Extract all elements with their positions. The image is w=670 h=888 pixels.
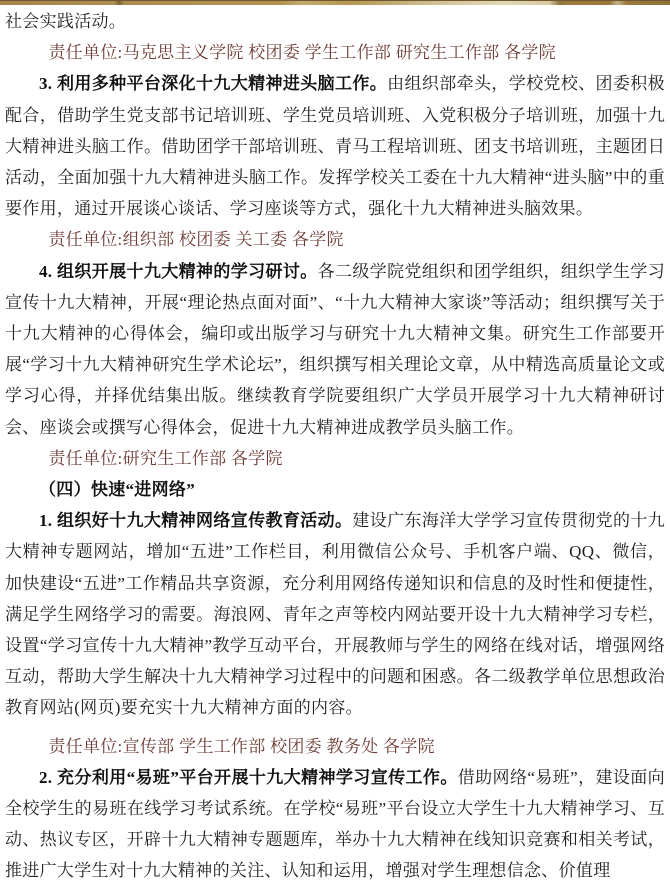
body-paragraph: 1. 组织好十九大精神网络宣传教育活动。建设广东海洋大学学习宣传贯彻党的十九大精… — [5, 505, 665, 723]
paragraph-text: 各二级学院党组织和团学组织，组织学生学习宣传十九大精神，开展“理论热点面对面”、… — [5, 262, 665, 437]
duty-unit-line: 责任单位:研究生工作部 各学院 — [5, 443, 665, 474]
paragraph-text: 建设广东海洋大学学习宣传贯彻党的十九大精神专题网站，增加“五进”工作栏目，利用微… — [5, 511, 665, 717]
paragraph-text: 由组织部牵头，学校党校、团委积极配合，借助学生党支部书记培训班、学生党员培训班、… — [5, 74, 665, 218]
duty-unit-line: 责任单位:马克思主义学院 校团委 学生工作部 研究生工作部 各学院 — [5, 37, 665, 68]
body-paragraph: 4. 组织开展十九大精神的学习研讨。各二级学院党组织和团学组织，组织学生学习宣传… — [5, 256, 665, 443]
paragraph-lead-sentence: 4. 组织开展十九大精神的学习研讨。 — [39, 262, 318, 281]
duty-unit-line: 责任单位:宣传部 学生工作部 校团委 教务处 各学院 — [5, 731, 665, 762]
paragraph-lead-sentence: 3. 利用多种平台深化十九大精神进头脑工作。 — [39, 74, 387, 93]
paragraph-lead-sentence: 1. 组织好十九大精神网络宣传教育活动。 — [39, 511, 352, 530]
paragraph-continuation: 社会实践活动。 — [5, 6, 665, 37]
duty-unit-line: 责任单位:组织部 校团委 关工委 各学院 — [5, 224, 665, 255]
body-paragraph: 3. 利用多种平台深化十九大精神进头脑工作。由组织部牵头，学校党校、团委积极配合… — [5, 68, 665, 224]
document-text-area: 社会实践活动。责任单位:马克思主义学院 校团委 学生工作部 研究生工作部 各学院… — [0, 5, 670, 887]
section-heading: （四）快速“进网络” — [5, 474, 665, 505]
paragraph-lead-sentence: 2. 充分利用“易班”平台开展十九大精神学习宣传工作。 — [39, 768, 458, 787]
body-paragraph: 2. 充分利用“易班”平台开展十九大精神学习宣传工作。借助网络“易班”，建设面向… — [5, 762, 665, 887]
